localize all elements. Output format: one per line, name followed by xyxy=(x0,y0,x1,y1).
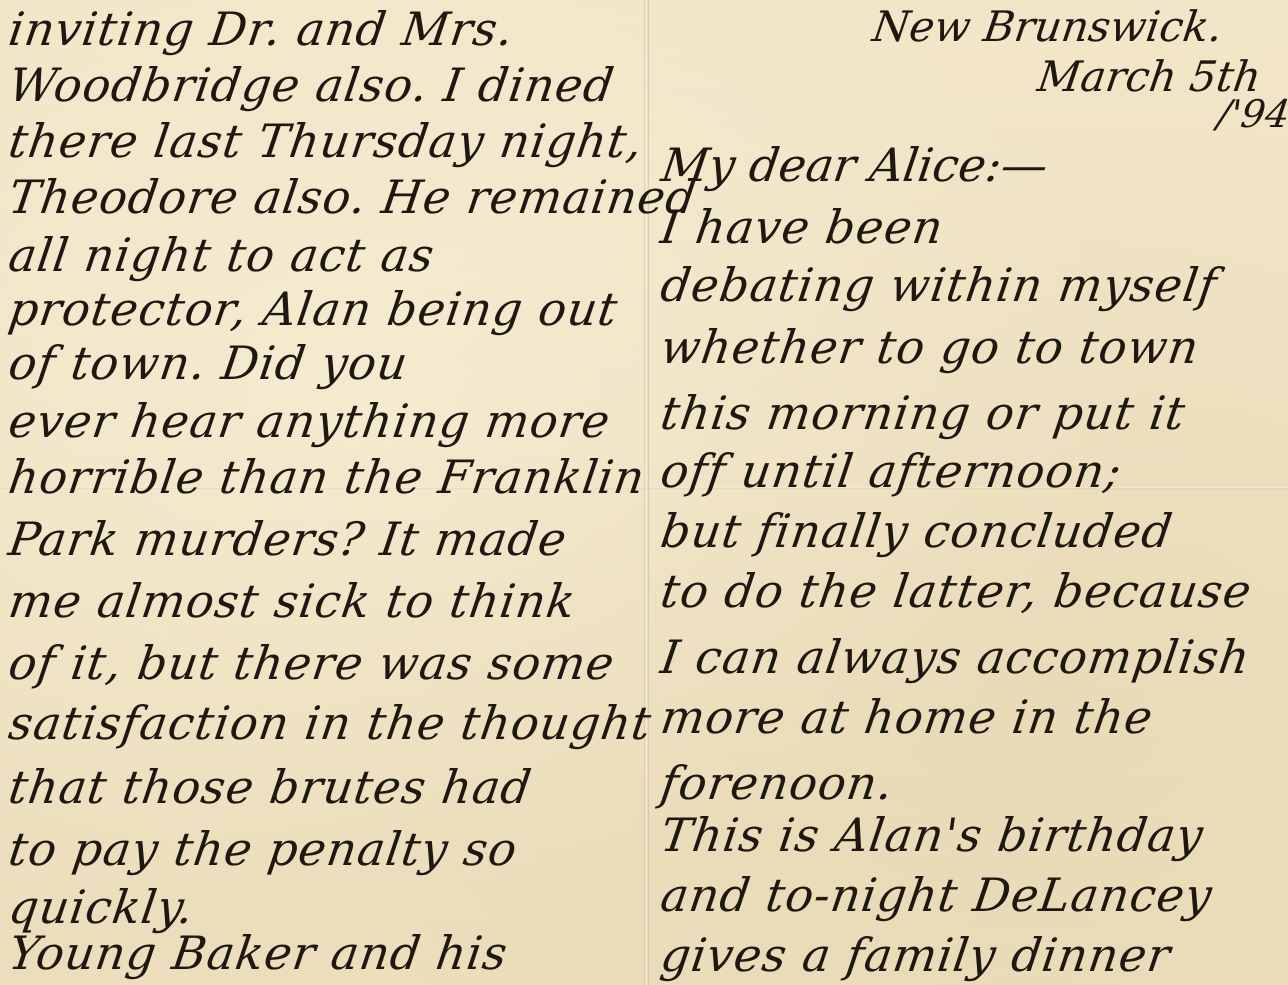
right-line-9: more at home in the xyxy=(658,694,1156,740)
right-line-10: forenoon. xyxy=(658,760,897,806)
right-line-13: gives a family dinner xyxy=(658,932,1174,978)
right-line-12: and to-night DeLancey xyxy=(658,872,1216,918)
left-page: inviting Dr. and Mrs. Woodbridge also. I… xyxy=(0,0,645,985)
left-line-6: protector, Alan being out xyxy=(6,286,621,332)
right-line-8: I can always accomplish xyxy=(658,634,1253,680)
left-line-14: that those brutes had xyxy=(6,764,535,810)
salutation: My dear Alice:— xyxy=(658,138,1051,192)
left-line-9: horrible than the Franklin xyxy=(6,454,648,500)
right-line-7: to do the latter, because xyxy=(658,568,1255,614)
left-line-16: quickly. xyxy=(6,884,197,930)
left-line-5: all night to act as xyxy=(6,232,438,278)
left-line-1: inviting Dr. and Mrs. xyxy=(6,6,517,52)
right-page: New Brunswick. March 5th /'94 My dear Al… xyxy=(648,0,1288,985)
left-line-3: there last Thursday night, xyxy=(6,118,646,164)
right-line-3: whether to go to town xyxy=(658,324,1202,370)
left-line-8: ever hear anything more xyxy=(6,398,613,444)
left-line-12: of it, but there was some xyxy=(6,640,618,686)
right-line-2: debating within myself xyxy=(658,262,1220,308)
left-line-2: Woodbridge also. I dined xyxy=(6,62,617,108)
letter-year: /'94 xyxy=(1215,92,1288,136)
right-line-11: This is Alan's birthday xyxy=(658,812,1207,858)
left-line-17: Young Baker and his xyxy=(6,930,511,976)
right-line-4: this morning or put it xyxy=(658,390,1189,436)
left-line-11: me almost sick to think xyxy=(6,578,579,624)
left-line-4: Theodore also. He remained xyxy=(6,174,700,220)
right-line-5: off until afternoon; xyxy=(658,448,1125,494)
left-line-10: Park murders? It made xyxy=(6,516,570,562)
right-line-1: I have been xyxy=(658,204,947,250)
right-line-6: but finally concluded xyxy=(658,508,1176,554)
letter-place: New Brunswick. xyxy=(870,2,1226,51)
left-line-7: of town. Did you xyxy=(6,340,411,386)
left-line-15: to pay the penalty so xyxy=(6,826,521,872)
left-line-13: satisfaction in the thought xyxy=(6,700,655,746)
